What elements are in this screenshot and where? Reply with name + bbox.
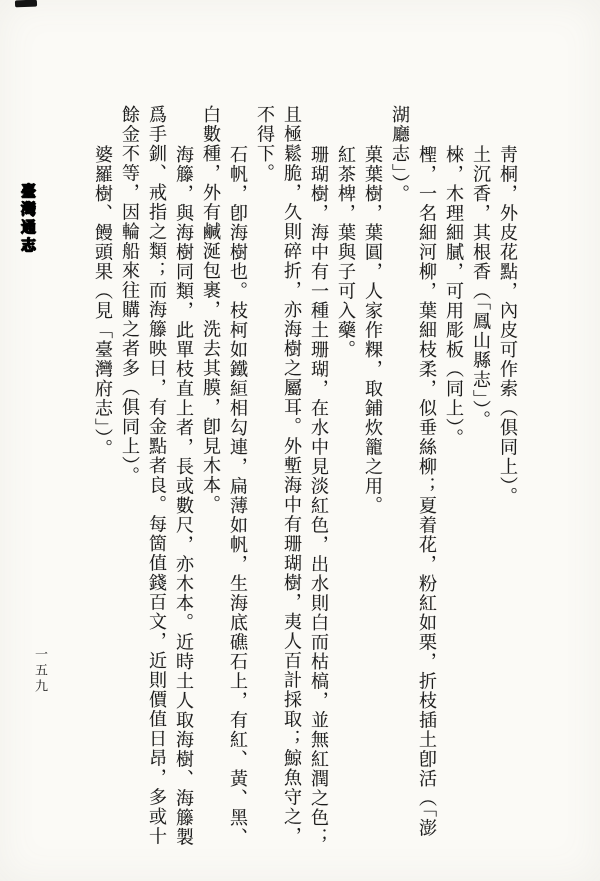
text-column: 紅茶椑，葉與子可入藥。 bbox=[332, 105, 359, 850]
text-column: 婆羅樹、饅頭果（見「臺灣府志」）。 bbox=[89, 105, 116, 850]
text-column: 不得下。 bbox=[251, 105, 278, 850]
book-page: 臺灣通志 一五九 靑桐，外皮花點，內皮可作索（俱同上）。 土沉香，其根香（「鳳山… bbox=[0, 0, 600, 881]
text-column: 靑桐，外皮花點，內皮可作索（俱同上）。 bbox=[494, 105, 521, 850]
text-column: 且極鬆脆，久則碎折，亦海樹之屬耳。外塹海中有珊瑚樹，夷人百計採取；鯨魚守之， bbox=[278, 105, 305, 850]
text-column: 檉，一名細河柳，葉細枝柔，似垂絲柳；夏着花，粉紅如栗，折枝插土卽活（「澎 bbox=[413, 105, 440, 850]
text-column: 棶，木理細膩，可用彫板（同上）。 bbox=[440, 105, 467, 850]
text-column: 土沉香，其根香（「鳳山縣志」）。 bbox=[467, 105, 494, 850]
text-column: 白數種，外有鹹涎包裹，洗去其膜，卽見木本。 bbox=[197, 105, 224, 850]
ink-smudge bbox=[15, 0, 37, 7]
text-column: 海籐，與海樹同類，此單枝直上者，長或數尺，亦木本。近時土人取海樹、海籐製 bbox=[170, 105, 197, 850]
text-block: 靑桐，外皮花點，內皮可作索（俱同上）。 土沉香，其根香（「鳳山縣志」）。 棶，木… bbox=[89, 105, 521, 850]
page-number: 一五九 bbox=[31, 647, 50, 695]
book-title: 臺灣通志 bbox=[17, 183, 38, 255]
text-column: 菓葉樹，葉圓，人家作粿，取鋪炊籠之用。 bbox=[359, 105, 386, 850]
text-column: 石帆，卽海樹也。枝柯如鐵絙相勾連，扁薄如帆，生海底礁石上，有紅、黃、黑、 bbox=[224, 105, 251, 850]
text-column: 湖廳志」）。 bbox=[386, 105, 413, 850]
text-column: 爲手釧、戒指之類；而海籐映日，有金點者良。每箇值錢百文，近則價值日昂，多或十 bbox=[143, 105, 170, 850]
text-column: 珊瑚樹，海中有一種土珊瑚，在水中見淡紅色，出水則白而枯槁，並無紅潤之色； bbox=[305, 105, 332, 850]
text-column: 餘金不等，因輪船來往購之者多（俱同上）。 bbox=[116, 105, 143, 850]
